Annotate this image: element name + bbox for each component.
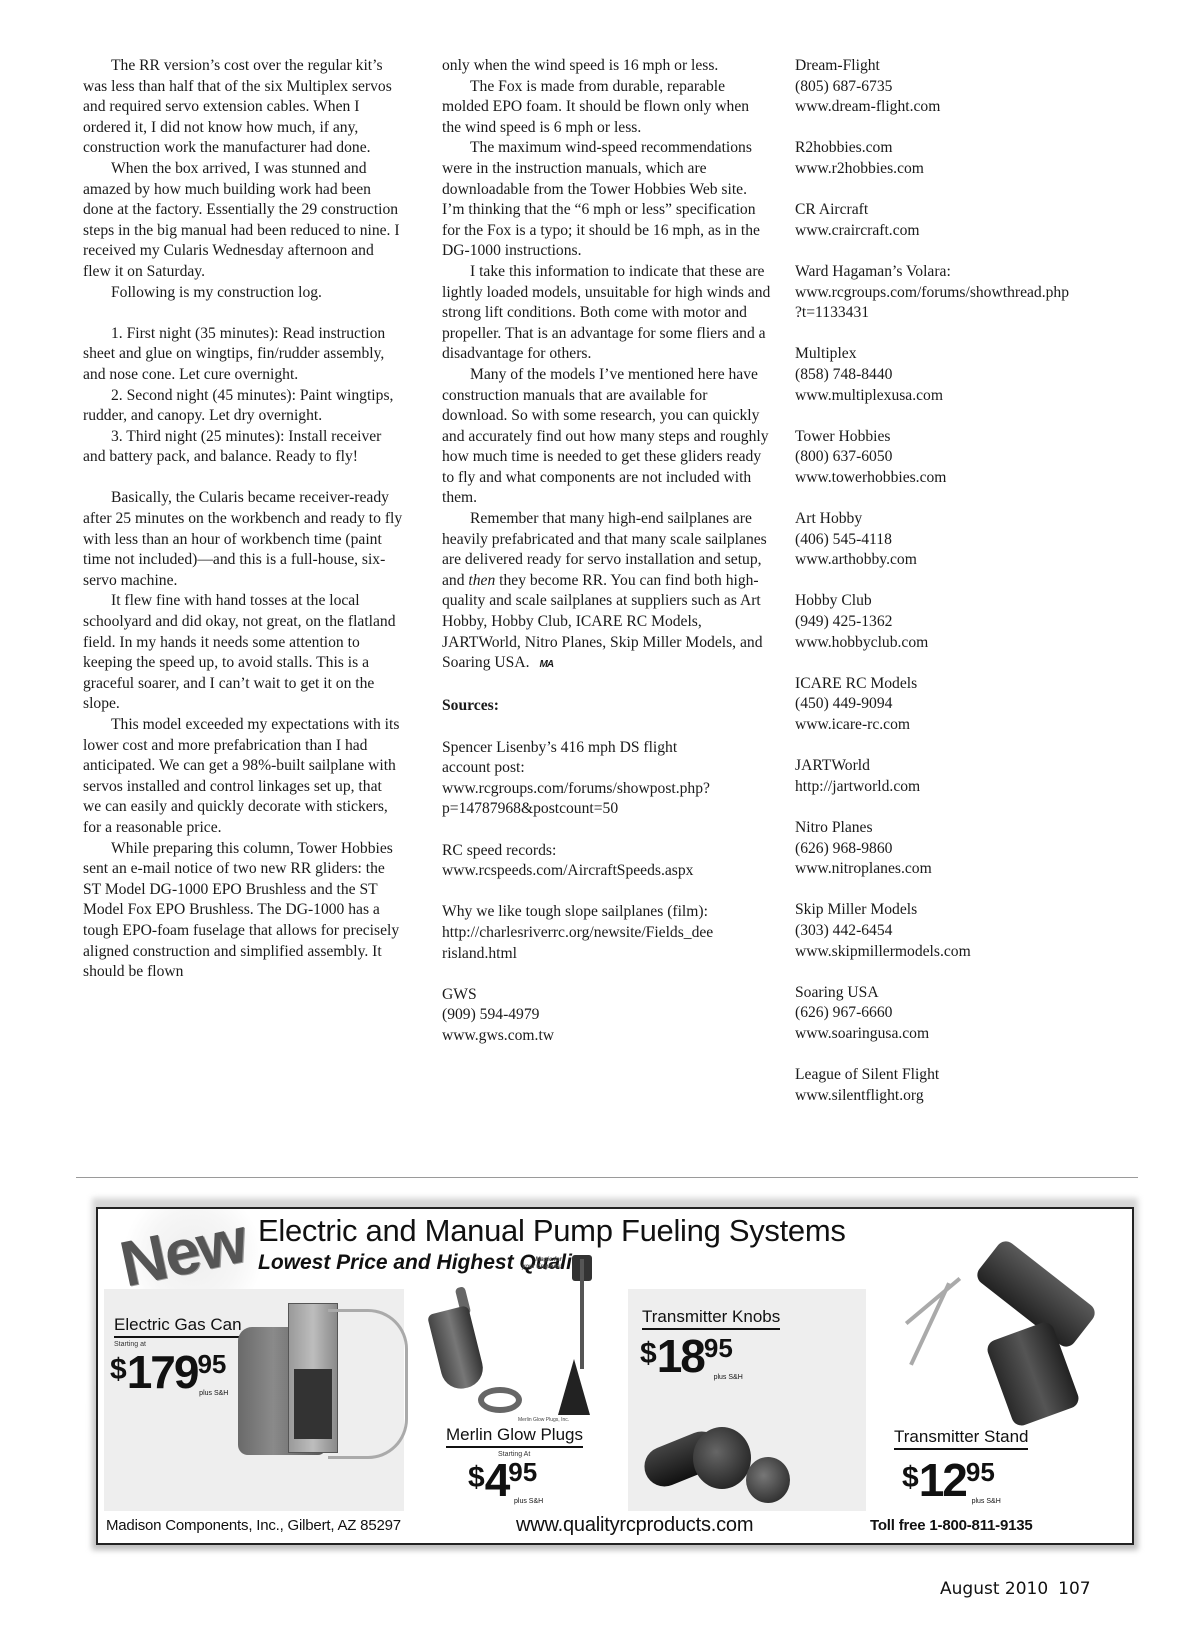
source-link[interactable]: www.rcspeeds.com/AircraftSpeeds.aspx: [442, 861, 772, 882]
page-number: 107: [1058, 1579, 1090, 1599]
source-link[interactable]: www.rcgroups.com/forums/showpost.php?: [442, 779, 772, 800]
supplier-entry: CR Aircraft www.craircraft.com: [795, 200, 1135, 241]
paragraph: Following is my construction log.: [83, 283, 403, 304]
supplier-entry: Ward Hagaman’s Volara: www.rcgroups.com/…: [795, 262, 1135, 324]
advertisement[interactable]: New Electric and Manual Pump Fueling Sys…: [96, 1207, 1134, 1545]
paragraph: The RR version’s cost over the regular k…: [83, 56, 403, 159]
paragraph: It flew fine with hand tosses at the loc…: [83, 591, 403, 715]
ad-company: Madison Components, Inc., Gilbert, AZ 85…: [106, 1517, 401, 1534]
paragraph: The maximum wind-speed recommendations w…: [442, 138, 772, 262]
product-name-stand: Transmitter Stand: [894, 1427, 1028, 1450]
sources-heading: Sources:: [442, 696, 772, 717]
pump-panel-image: [294, 1369, 332, 1439]
section-divider: [76, 1177, 1138, 1178]
wand-image: [580, 1259, 584, 1369]
washer-image: [478, 1387, 522, 1413]
supplier-link[interactable]: www.silentflight.org: [795, 1086, 1135, 1107]
supplier-entry: JARTWorld http://jartworld.com: [795, 756, 1135, 797]
product-name-glow-plugs: Merlin Glow Plugs: [446, 1425, 583, 1448]
source-entry: GWS (909) 594-4979 www.gws.com.tw: [442, 985, 772, 1047]
supplier-link[interactable]: http://jartworld.com: [795, 777, 1135, 798]
source-link[interactable]: www.gws.com.tw: [442, 1026, 772, 1047]
knob-image: [693, 1427, 751, 1489]
source-entry: Why we like tough slope sailplanes (film…: [442, 902, 772, 964]
supplier-entry: Art Hobby (406) 545-4118 www.arthobby.co…: [795, 509, 1135, 571]
product-name-knobs: Transmitter Knobs: [642, 1307, 780, 1330]
supplier-entry: ICARE RC Models (450) 449-9094 www.icare…: [795, 674, 1135, 736]
supplier-link[interactable]: www.multiplexusa.com: [795, 386, 1135, 407]
supplier-link[interactable]: www.skipmillermodels.com: [795, 942, 1135, 963]
article-column-2: only when the wind speed is 16 mph or le…: [442, 56, 772, 1067]
supplier-link[interactable]: www.craircraft.com: [795, 221, 1135, 242]
supplier-entry: Dream-Flight (805) 687-6735 www.dream-fl…: [795, 56, 1135, 118]
paragraph: The Fox is made from durable, reparable …: [442, 77, 772, 139]
supplier-link[interactable]: www.towerhobbies.com: [795, 468, 1135, 489]
paragraph: When the box arrived, I was stunned and …: [83, 159, 403, 283]
paragraph: only when the wind speed is 16 mph or le…: [442, 56, 772, 77]
price-knobs: $1895 plus S&H: [640, 1333, 733, 1379]
glow-plug-image: [427, 1305, 487, 1393]
supplier-link[interactable]: www.icare-rc.com: [795, 715, 1135, 736]
wizard-icon: [558, 1359, 590, 1415]
ad-website-link[interactable]: www.qualityrcproducts.com: [516, 1514, 753, 1537]
ad-phone: Toll free 1-800-811-9135: [870, 1517, 1033, 1534]
supplier-link[interactable]: www.hobbyclub.com: [795, 633, 1135, 654]
supplier-link[interactable]: www.r2hobbies.com: [795, 159, 1135, 180]
source-link[interactable]: http://charlesriverrc.org/newsite/Fields…: [442, 923, 772, 944]
paragraph: I take this information to indicate that…: [442, 262, 772, 365]
supplier-entry: Nitro Planes (626) 968-9860 www.nitropla…: [795, 818, 1135, 880]
supplier-entry: Tower Hobbies (800) 637-6050 www.towerho…: [795, 427, 1135, 489]
supplier-entry: League of Silent Flight www.silentflight…: [795, 1065, 1135, 1106]
page-folio: August 2010107: [940, 1579, 1091, 1599]
source-link[interactable]: p=14787968&postcount=50: [442, 799, 772, 820]
supplier-list: Dream-Flight (805) 687-6735 www.dream-fl…: [795, 56, 1135, 1127]
merlin-credit: Merlin Glow Plugs, Inc.: [518, 1417, 569, 1423]
ad-headline: Electric and Manual Pump Fueling Systems: [258, 1213, 846, 1249]
source-link[interactable]: risland.html: [442, 944, 772, 965]
paragraph: Basically, the Cularis became receiver-r…: [83, 488, 403, 591]
paragraph: Many of the models I’ve mentioned here h…: [442, 365, 772, 509]
log-step-2: 2. Second night (45 minutes): Paint wing…: [83, 386, 403, 427]
source-entry: RC speed records: www.rcspeeds.com/Aircr…: [442, 841, 772, 882]
article-column-1: The RR version’s cost over the regular k…: [83, 56, 403, 983]
supplier-link[interactable]: www.nitroplanes.com: [795, 859, 1135, 880]
end-mark: MA: [540, 659, 554, 670]
supplier-entry: Multiplex (858) 748-8440 www.multiplexus…: [795, 344, 1135, 406]
paragraph: This model exceeded my expectations with…: [83, 715, 403, 839]
issue-date: August 2010: [940, 1579, 1048, 1599]
supplier-entry: Skip Miller Models (303) 442-6454 www.sk…: [795, 900, 1135, 962]
price-gas-can: $17995 plus S&H: [110, 1349, 226, 1395]
supplier-entry: Hobby Club (949) 425-1362 www.hobbyclub.…: [795, 591, 1135, 653]
supplier-entry: R2hobbies.com www.r2hobbies.com: [795, 138, 1135, 179]
price-stand: $1295 plus S&H: [902, 1457, 995, 1503]
supplier-link[interactable]: www.soaringusa.com: [795, 1024, 1135, 1045]
paragraph: While preparing this column, Tower Hobbi…: [83, 839, 403, 983]
supplier-link[interactable]: www.rcgroups.com/forums/showthread.php: [795, 283, 1135, 304]
product-name-gas-can: Electric Gas Can: [114, 1315, 242, 1338]
supplier-link[interactable]: www.dream-flight.com: [795, 97, 1135, 118]
hose-image: [328, 1309, 408, 1459]
supplier-link[interactable]: www.arthobby.com: [795, 550, 1135, 571]
log-step-3: 3. Third night (25 minutes): Install rec…: [83, 427, 403, 468]
supplier-link[interactable]: ?t=1133431: [795, 303, 1135, 324]
source-entry: Spencer Lisenby’s 416 mph DS flight acco…: [442, 738, 772, 820]
stand-arm-image: [909, 1282, 951, 1365]
closing-paragraph: Remember that many high-end sailplanes a…: [442, 509, 772, 676]
supplier-entry: Soaring USA (626) 967-6660 www.soaringus…: [795, 983, 1135, 1045]
merlin-tagline: Magic for your Engines!: [522, 1257, 562, 1271]
knob-image: [746, 1457, 790, 1503]
log-step-1: 1. First night (35 minutes): Read instru…: [83, 324, 403, 386]
price-glow-plugs: $495 plus S&H: [468, 1457, 537, 1503]
